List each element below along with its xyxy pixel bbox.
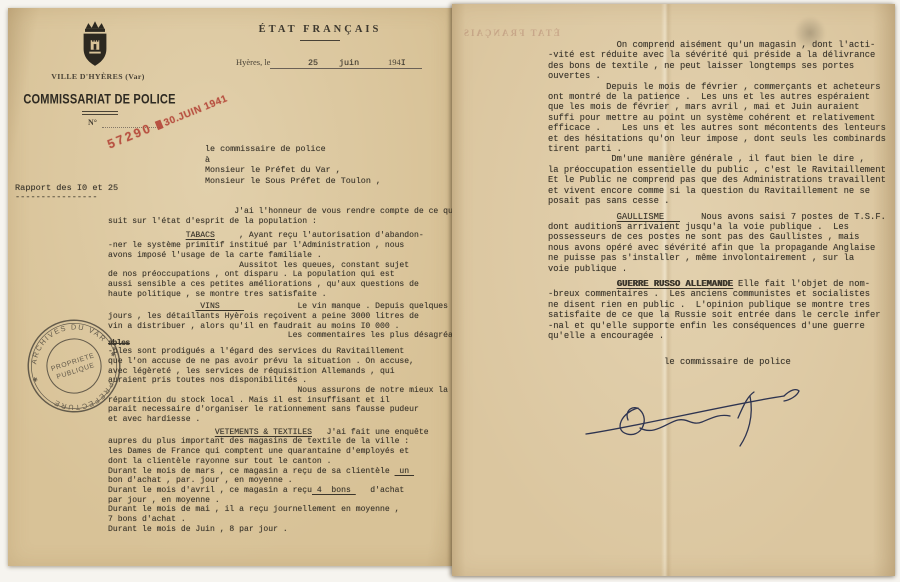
addressee-block: le commissaire de policeàMonsieur le Pré…: [205, 144, 381, 186]
hyeres-coat-of-arms-icon: [76, 20, 114, 70]
text-line: de nos préoccupations , ont disparu . La…: [108, 270, 458, 280]
text-line: voie publique .: [548, 264, 886, 274]
text-line: Monsieur le Sous Préfet de Toulon ,: [205, 176, 381, 187]
text-line: que l'on accuse de ne pas avoir prévu la…: [108, 357, 458, 367]
text-line: possesseurs de ces postes ne sont pas de…: [548, 232, 886, 242]
text-line: Dm'une manière générale , il faut bien l…: [548, 154, 886, 164]
text-line: les Dames de France qui comptent une qua…: [108, 447, 458, 457]
text-line: le commissaire de police: [205, 144, 381, 155]
text-line: GUERRE RUSSO ALLEMANDE Elle fait l'objet…: [548, 279, 886, 289]
page2-body-text: On comprend aisément qu'un magasin , don…: [548, 40, 886, 368]
text-line: Durant le mois de mars , ce magasin a re…: [108, 467, 458, 477]
text-line: suit sur l'état d'esprit de la populatio…: [108, 217, 458, 227]
text-line: la préoccupation essentielle du public ,…: [548, 165, 886, 175]
text-line: satisfaite de ce que la Russie soit entr…: [548, 310, 886, 320]
text-line: Durant le mois de mai , il a reçu journe…: [108, 505, 458, 515]
page1-body-text: J'ai l'honneur de vous rendre compte de …: [108, 207, 458, 535]
text-line: -ner le système primitif institué par l'…: [108, 241, 458, 251]
text-line: -breux commentaires . Les anciens commun…: [548, 289, 886, 299]
text-line: qu'elle a encouragée .: [548, 331, 886, 341]
text-line: Et le Public ne comprend pas que des Adm…: [548, 175, 886, 185]
text-line: ouvertes .: [548, 71, 886, 81]
text-line: Nous assurons de notre mieux la: [108, 386, 458, 396]
text-line: -bles sont prodigués a l'égard des servi…: [108, 347, 458, 357]
text-line: jours , les détaillants Hyèrois reçoiven…: [108, 312, 458, 322]
text-line: vin a distribuer , alors qu'il en faudra…: [108, 322, 458, 332]
text-line: -nal et qu'elle supporte enfin les consé…: [548, 321, 886, 331]
commissariat-rule: [82, 111, 118, 115]
text-line: dont auditions arrivaient jusqu'a la voi…: [548, 222, 886, 232]
text-line: Aussitot les queues, constant sujet: [108, 261, 458, 271]
text-line: 7 bons d'achat .: [108, 515, 458, 525]
text-line: suffi pour mettre au point un système co…: [548, 113, 886, 123]
numero-label: N°: [88, 118, 97, 127]
text-line: J'ai l'honneur de vous rendre compte de …: [108, 207, 458, 217]
text-line: VINS Le vin manque . Depuis quelques: [108, 302, 458, 312]
text-line: et des hésitations qu'on leur impose , d…: [548, 134, 886, 144]
scanned-police-report: VILLE D'HYÈRES (Var) COMMISSARIAT DE POL…: [0, 0, 900, 582]
signature: [580, 382, 820, 460]
svg-text:ARCHIVES DU VAR: ARCHIVES DU VAR: [21, 312, 110, 368]
report-page-2: ÉTAT FRANÇAIS On comprend aisément qu'un…: [452, 4, 895, 576]
text-line: On comprend aisément qu'un magasin , don…: [548, 40, 886, 50]
report-page-1: VILLE D'HYÈRES (Var) COMMISSARIAT DE POL…: [8, 8, 452, 566]
round-stamp-top-text: ARCHIVES DU VAR: [21, 312, 110, 368]
text-line: avec légèreté , les services de réquisit…: [108, 367, 458, 377]
etat-francais-underline: [300, 40, 340, 41]
text-line: parait necessaire d'organiser le rationn…: [108, 405, 458, 415]
date-year: 194I: [388, 57, 406, 68]
text-line: nous avons opéré avec sévérité afin que …: [548, 243, 886, 253]
text-line: ne puisse pas s'installer , même involon…: [548, 253, 886, 263]
text-line: ont montré de la patience . Les uns et l…: [548, 92, 886, 102]
text-line: tirent parti .: [548, 144, 886, 154]
text-line: auraient pris toutes nos disponibilités …: [108, 376, 458, 386]
text-line: posait pas sans cesse .: [548, 196, 886, 206]
text-line: Depuis le mois de février , commerçants …: [548, 82, 886, 92]
text-line: efficace . Les uns et les autres sont mé…: [548, 123, 886, 133]
text-line: Les commentaires les plus désagréa-: [108, 331, 458, 341]
commissariat-title: COMMISSARIAT DE POLICE: [19, 91, 180, 108]
text-line: VETEMENTS & TEXTILES J'ai fait une enquê…: [108, 428, 458, 438]
text-line: -vité est réduite avec la sévérité qui p…: [548, 50, 886, 60]
text-line: haute politique , se montre tres satisfa…: [108, 290, 458, 300]
text-line: et vivent encore comme si la question du…: [548, 186, 886, 196]
text-line: des bons de textile , ne peut laisser lo…: [548, 61, 886, 71]
text-line: aupres du plus important des magasins de…: [108, 437, 458, 447]
text-line: Monsieur le Préfet du Var ,: [205, 165, 381, 176]
round-stamp-star-left: ✱: [32, 376, 39, 384]
date-month: juin: [339, 58, 359, 68]
text-line: Durant le mois de Juin , 8 par jour .: [108, 525, 458, 535]
text-line: aussi sensible a ces petites amélioratio…: [108, 280, 458, 290]
text-line: par jour , en moyenne .: [108, 496, 458, 506]
text-line: à: [205, 155, 381, 166]
text-line: répartition du stock local . Mais il est…: [108, 396, 458, 406]
text-line: bon d'achat , par. jour , en moyenne .: [108, 476, 458, 486]
city-name: VILLE D'HYÈRES (Var): [22, 72, 174, 81]
text-line: ne disent rien en public . L'opinion pub…: [548, 300, 886, 310]
text-line: le commissaire de police: [548, 357, 886, 367]
date-city-label: Hyères, le: [236, 57, 270, 67]
text-line: dont la clientèle rayonne sur tout le ca…: [108, 457, 458, 467]
text-line: que les mois de février , mars avril , m…: [548, 102, 886, 112]
etat-francais-heading: ÉTAT FRANÇAIS: [220, 24, 420, 35]
report-reference: Rapport des I0 et 25 ----------------: [15, 184, 118, 202]
text-line: Durant le mois d'avril , ce magasin a re…: [108, 486, 458, 496]
registry-stamp-number: 57290: [105, 121, 154, 152]
date-blank-line: [270, 68, 422, 69]
text-line: et avec hardiesse .: [108, 415, 458, 425]
text-line: GAULLISME Nous avons saisi 7 postes de T…: [548, 212, 886, 222]
text-line: avons imposé l'usage de la carte familia…: [108, 251, 458, 261]
report-reference-dashes: ----------------: [15, 193, 118, 202]
date-day: 25: [308, 58, 318, 68]
text-line: TABACS , Ayant reçu l'autorisation d'aba…: [108, 231, 458, 241]
bleed-through-etat-text: ÉTAT FRANÇAIS: [462, 28, 560, 38]
